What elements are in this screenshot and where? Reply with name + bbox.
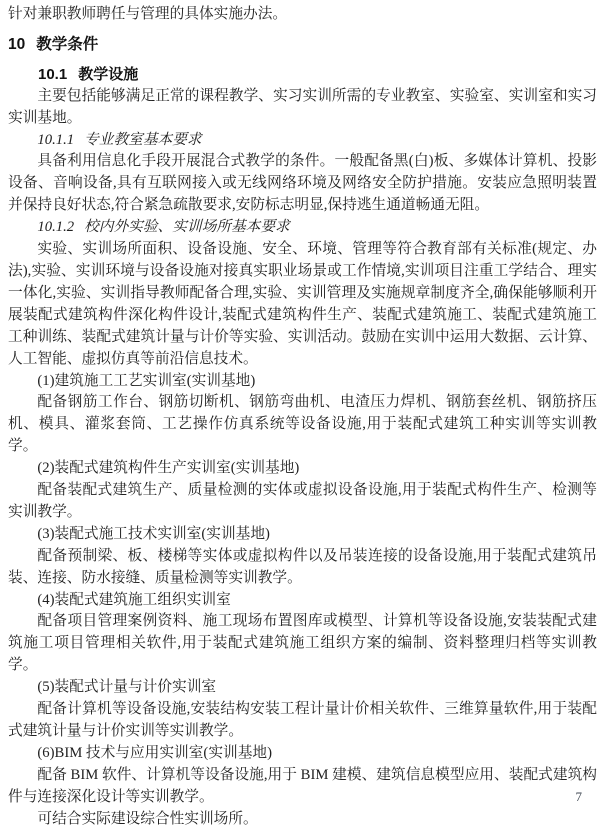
overview-paragraph: 主要包括能够满足正常的课程教学、实习实训所需的专业教室、实验室、实训室和实习实训…: [8, 86, 597, 130]
item-6-body: 配备 BIM 软件、计算机等设备设施,用于 BIM 建模、建筑信息模型应用、装配…: [8, 765, 597, 809]
section-title: 教学条件: [36, 36, 98, 53]
item-3-body: 配备预制梁、板、楼梯等实体或虚拟构件以及吊装连接的设备设施,用于装配式建筑吊装、…: [8, 546, 597, 590]
clause-2-number: 10.1.2: [37, 219, 74, 235]
intro-continuation-line: 针对兼职教师聘任与管理的具体实施办法。: [8, 4, 597, 26]
facilities-paragraph: 实验、实训场所面积、设备设施、安全、环境、管理等符合教育部有关标准(规定、办法)…: [8, 239, 597, 370]
page-number: 7: [576, 789, 583, 805]
subsection-title: 教学设施: [78, 66, 138, 83]
subsection-number: 10.1: [38, 66, 67, 83]
item-1-body: 配备钢筋工作台、钢筋切断机、钢筋弯曲机、电渣压力焊机、钢筋套丝机、钢筋挤压机、模…: [8, 392, 597, 458]
item-4-body: 配备项目管理案例资料、施工现场布置图库或模型、计算机等设备设施,安装装配式建筑施…: [8, 611, 597, 677]
clause-1-number: 10.1.1: [37, 132, 74, 148]
item-5-heading: (5)装配式计量与计价实训室: [8, 677, 597, 699]
item-2-body: 配备装配式建筑生产、质量检测的实体或虚拟设备设施,用于装配式构件生产、检测等实训…: [8, 480, 597, 524]
item-3-heading: (3)装配式施工技术实训室(实训基地): [8, 524, 597, 546]
clause-2-heading: 10.1.2校内外实验、实训场所基本要求: [8, 217, 597, 239]
clause-2-title: 校内外实验、实训场所基本要求: [84, 219, 290, 235]
clause-1-title: 专业教室基本要求: [84, 132, 202, 148]
section-heading: 10教学条件: [8, 34, 597, 56]
classroom-paragraph: 具备利用信息化手段开展混合式教学的条件。一般配备黑(白)板、多媒体计算机、投影设…: [8, 151, 597, 217]
section-number: 10: [8, 36, 25, 53]
document-page: 针对兼职教师聘任与管理的具体实施办法。 10教学条件 10.1教学设施 主要包括…: [0, 0, 606, 826]
closing-paragraph: 可结合实际建设综合性实训场所。: [8, 809, 597, 826]
item-6-heading: (6)BIM 技术与应用实训室(实训基地): [8, 743, 597, 765]
item-5-body: 配备计算机等设备设施,安装结构安装工程计量计价相关软件、三维算量软件,用于装配式…: [8, 699, 597, 743]
clause-1-heading: 10.1.1专业教室基本要求: [8, 130, 597, 152]
item-2-heading: (2)装配式建筑构件生产实训室(实训基地): [8, 458, 597, 480]
subsection-heading: 10.1教学设施: [8, 64, 597, 86]
item-4-heading: (4)装配式建筑施工组织实训室: [8, 590, 597, 612]
item-1-heading: (1)建筑施工工艺实训室(实训基地): [8, 371, 597, 393]
